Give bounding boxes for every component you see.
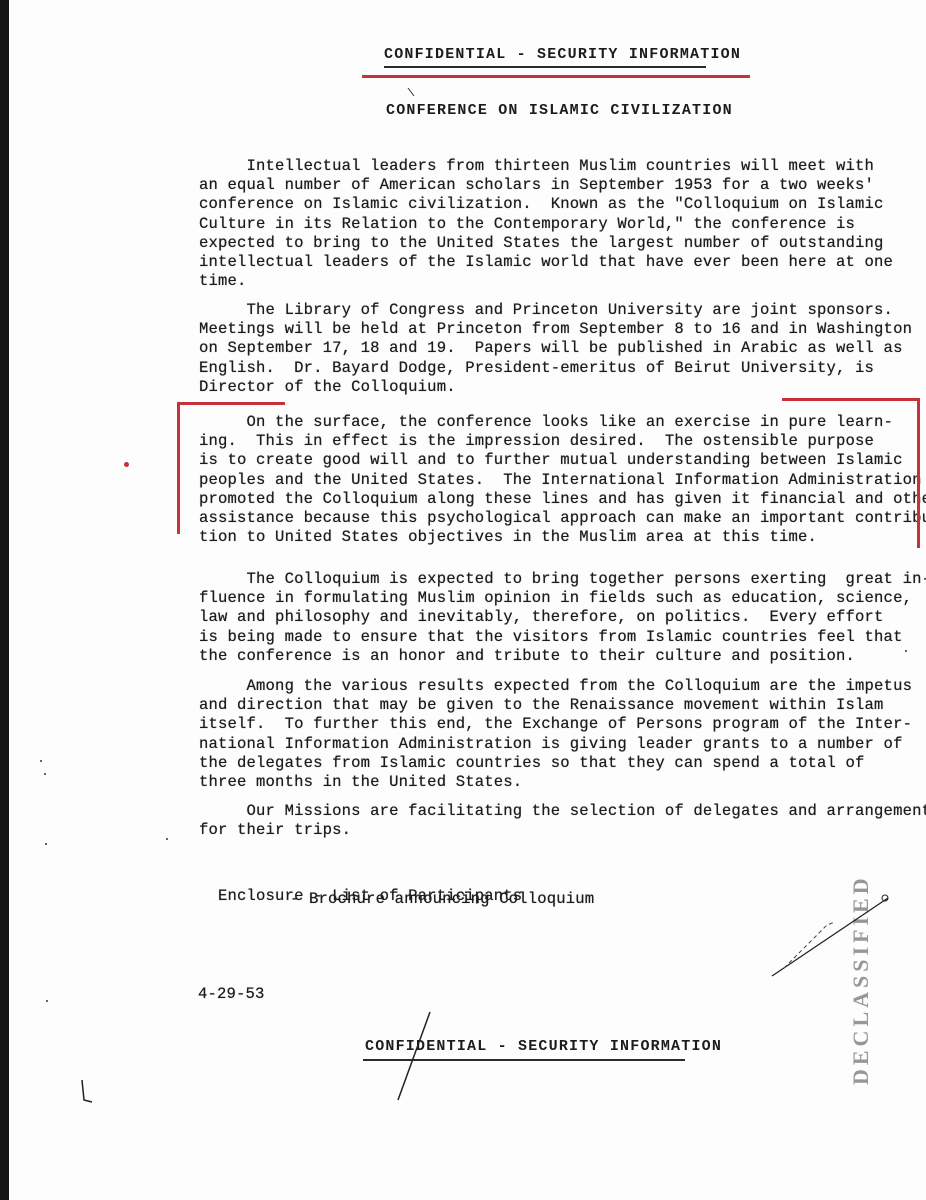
pen-marks [0, 0, 926, 1200]
speck [45, 843, 47, 845]
pen-slash-footer [398, 1012, 430, 1100]
speck [40, 760, 42, 762]
speck [44, 773, 46, 775]
speck [905, 650, 907, 652]
speck [166, 838, 168, 840]
pen-dash-margin [784, 922, 835, 968]
pen-slash-margin [772, 898, 888, 976]
pen-mark-bottom-left [82, 1080, 92, 1102]
pen-tick-title [408, 88, 414, 96]
speck [46, 1000, 48, 1002]
